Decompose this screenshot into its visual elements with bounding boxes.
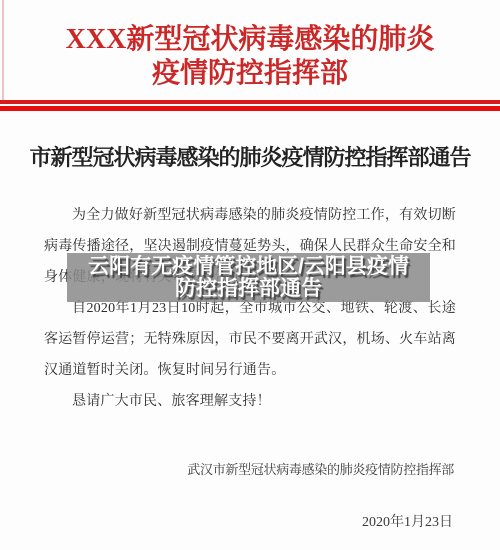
letterhead-title-line2: 疫情防控指挥部 <box>0 57 500 91</box>
letterhead: XXX新型冠状病毒感染的肺炎 疫情防控指挥部 <box>0 22 500 91</box>
notice-body: 为全力做好新型冠状病毒感染的肺炎疫情防控工作，有效切断病毒传播途径，坚决遏制疫情… <box>44 200 456 417</box>
notice-title: 市新型冠状病毒感染的肺炎疫情防控指挥部通告 <box>0 141 500 172</box>
caption-line2: 防控指挥部通告 <box>175 278 322 300</box>
notice-body-line: 汉通道暂时关闭。恢复时间另行通告。 <box>44 355 456 386</box>
notice-body-line: 恳请广大市民、旅客理解支持！ <box>44 386 456 417</box>
caption-overlay: 云阳有无疫情管控地区/云阳县疫情 防控指挥部通告 <box>67 253 430 302</box>
notice-document-photo: XXX新型冠状病毒感染的肺炎 疫情防控指挥部 市新型冠状病毒感染的肺炎疫情防控指… <box>0 0 500 550</box>
caption-line1: 云阳有无疫情管控地区/云阳县疫情 <box>88 255 409 278</box>
notice-body-line: 客运暂停运营；无特殊原因，市民不要离开武汉，机场、火车站离 <box>44 324 456 355</box>
notice-body-line: 为全力做好新型冠状病毒感染的肺炎疫情防控工作，有效切断 <box>44 200 456 231</box>
issuer-signature: 武汉市新型冠状病毒感染的肺炎疫情防控指挥部 <box>187 459 454 478</box>
notice-date: 2020年1月23日 <box>362 511 453 531</box>
red-divider-bottom <box>0 106 500 111</box>
letterhead-title-line1: XXX新型冠状病毒感染的肺炎 <box>0 22 500 57</box>
red-divider-top <box>0 100 500 104</box>
